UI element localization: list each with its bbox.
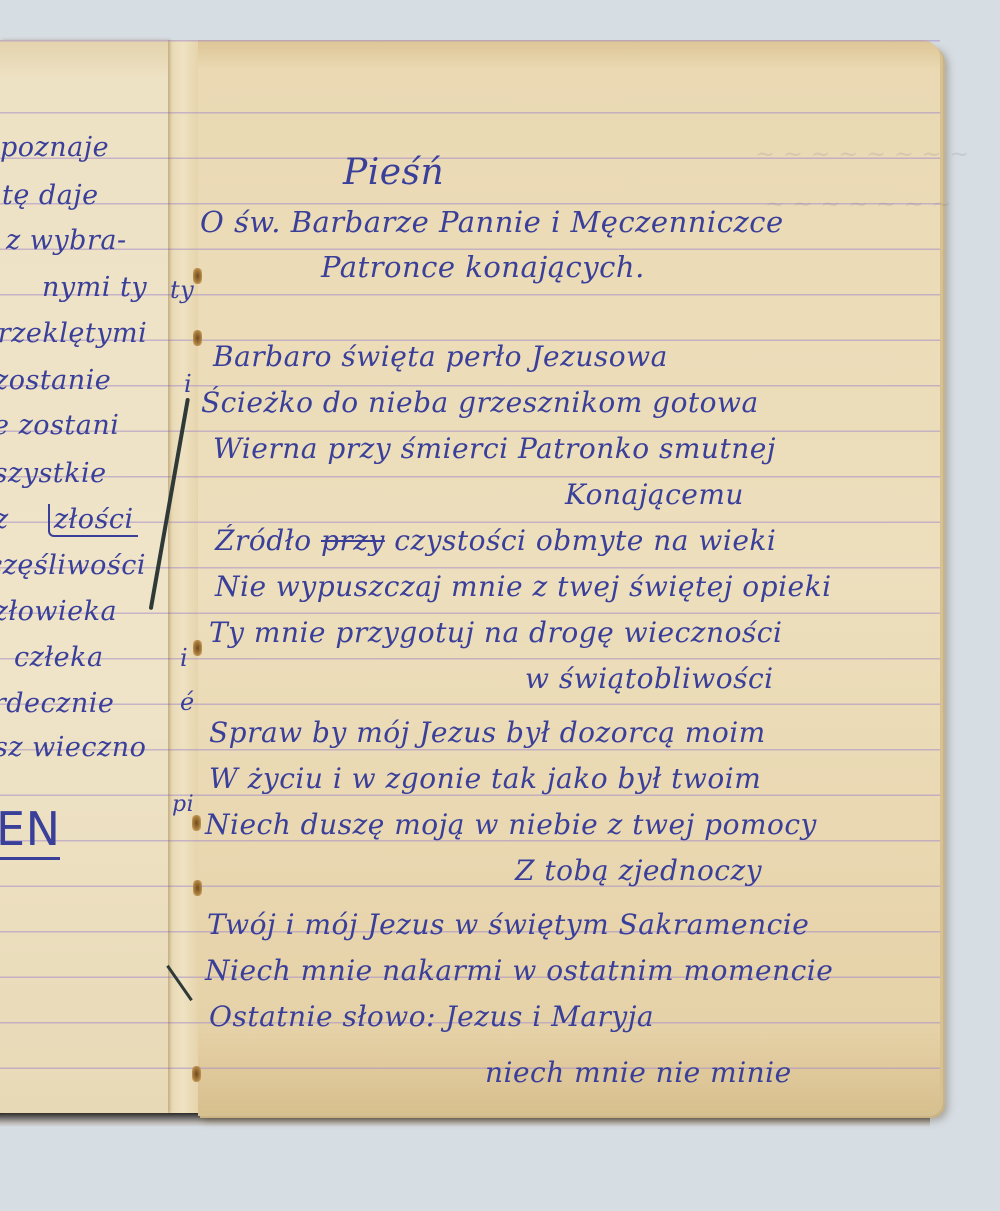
left-page: poznaje tę daje z wybra- nymi ty przeklę…	[0, 40, 168, 1113]
left-fragment: człowieka	[0, 596, 117, 627]
verse-refrain: Konającemu	[565, 478, 744, 511]
ruled-lines	[168, 40, 198, 1113]
song-title: Pieśń	[343, 152, 444, 193]
left-fragment: tę daje	[2, 180, 99, 211]
amen-underline	[0, 857, 60, 860]
verse-line: Niech duszę moją w niebie z twej pomocy	[205, 808, 817, 841]
margin-letter: i	[184, 370, 192, 398]
verse-line: W życiu i w zgonie tak jako był twoim	[209, 762, 761, 795]
margin-letter: é	[180, 688, 195, 716]
binding-hole	[193, 330, 202, 346]
verse-refrain: niech mnie nie minie	[485, 1056, 792, 1089]
left-fragment: przeklętymi	[0, 318, 147, 349]
left-fragment: wszystkie	[0, 458, 107, 489]
right-page: ~ ~ ~ ~ ~ ~ ~ ~ ~ ~ ~ ~ ~ ~ ~ Pieśń O św…	[195, 40, 940, 1113]
verse-line: Ty mnie przygotuj na drogę wieczności	[209, 616, 782, 649]
margin-letter: ty	[170, 276, 194, 304]
binding-hole	[193, 880, 202, 896]
verse-line: Wierna przy śmierci Patronko smutnej	[213, 432, 776, 465]
left-fragment: człeka	[14, 642, 104, 673]
bleed-through-text: ~ ~ ~ ~ ~ ~ ~	[765, 190, 952, 218]
left-fragment: serdecznie	[0, 688, 114, 719]
left-fragment: zostanie	[0, 365, 111, 396]
verse-refrain: w świątobliwości	[525, 662, 774, 695]
left-fragment-amen: EN	[0, 802, 60, 856]
notebook-bottom-shadow	[0, 1113, 930, 1127]
binding-hole	[192, 815, 201, 831]
bleed-through-text: ~ ~ ~ ~ ~ ~ ~ ~	[755, 140, 969, 168]
verse-line-with-strikethrough: Źródło przy czystości obmyte na wieki	[215, 524, 776, 557]
verse-line: Ostatnie słowo: Jezus i Maryja	[209, 1000, 654, 1033]
left-fragment-underlined: z złości	[0, 504, 138, 535]
verse-line: Niech mnie nakarmi w ostatnim momencie	[205, 954, 833, 987]
margin-letter: i	[180, 644, 188, 672]
verse-line: Barbaro święta perło Jezusowa	[213, 340, 668, 373]
verse-refrain: Z tobą zjednoczy	[515, 854, 762, 887]
left-fragment: sz wieczno	[0, 732, 146, 763]
binding-hole	[192, 1066, 201, 1082]
song-subtitle: O św. Barbarze Pannie i Męczenniczce	[200, 205, 784, 239]
left-fragment: szczęśliwości	[0, 550, 146, 581]
left-fragment: z wybra-	[6, 225, 127, 256]
margin-letter: pi	[172, 792, 194, 817]
left-fragment: nie zostani	[0, 410, 119, 441]
binding-hole	[193, 640, 202, 656]
verse-line: Twój i mój Jezus w świętym Sakramencie	[207, 908, 809, 941]
left-fragment: poznaje	[0, 132, 109, 163]
binding-hole	[193, 268, 202, 284]
verse-line: Spraw by mój Jezus był dozorcą moim	[209, 716, 766, 749]
verse-line: Ścieżko do nieba grzesznikom gotowa	[201, 386, 759, 419]
left-fragment: nymi ty	[42, 272, 147, 303]
binding-gutter: ty i i é pi	[168, 40, 198, 1113]
struck-word: przy	[321, 524, 385, 557]
song-subtitle: Patronce konających.	[321, 250, 645, 284]
verse-line: Nie wypuszczaj mnie z twej świętej opiek…	[215, 570, 832, 603]
